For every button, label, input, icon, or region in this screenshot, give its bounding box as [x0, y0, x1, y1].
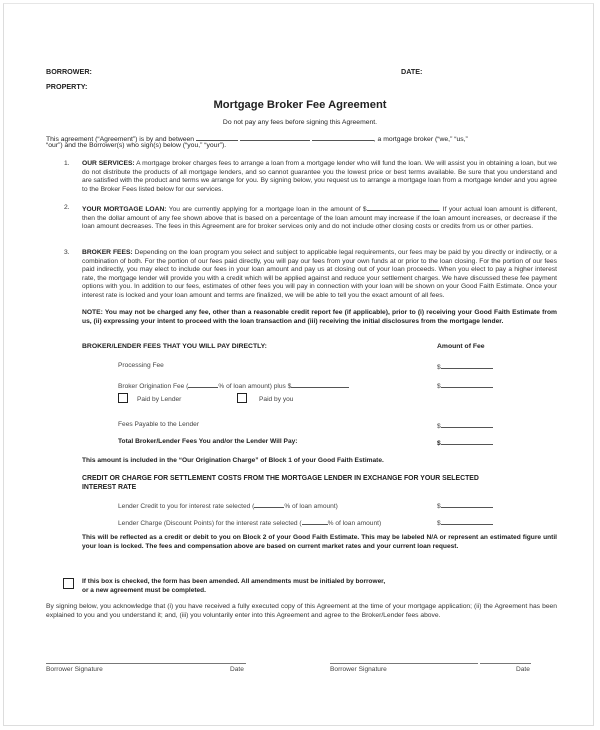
borrower-label: BORROWER: [46, 67, 92, 76]
origination-fee-amount: $ [437, 381, 493, 390]
date-label: DATE: [401, 67, 422, 76]
origination-plus-blank[interactable] [291, 381, 349, 388]
date-line[interactable] [182, 663, 246, 664]
processing-fee-label: Processing Fee [118, 362, 164, 369]
broker-name-blank[interactable] [240, 134, 310, 141]
lender-charge-label: Lender Charge (Discount Points) for the … [118, 518, 381, 527]
section-broker-fees: BROKER FEES: Depending on the loan progr… [82, 249, 557, 301]
lender-credit-blank[interactable] [441, 501, 493, 508]
lender-credit-label: Lender Credit to you for interest rate s… [118, 501, 338, 510]
section-text: Depending on the loan program you select… [82, 249, 557, 299]
amendment-line-2: or a new agreement must be completed. [82, 587, 206, 594]
credit-heading-line-2: INTEREST RATE [82, 484, 136, 491]
paid-by-lender-checkbox[interactable] [118, 393, 128, 403]
loan-amount-blank[interactable] [367, 204, 439, 211]
borrower-signature-line[interactable] [330, 663, 478, 664]
intro-text: , a mortgage broker (“we,” “us,” [374, 136, 468, 143]
amendment-checkbox[interactable] [63, 578, 74, 589]
total-fees-amount: $ [437, 438, 493, 447]
section-heading: YOUR MORTGAGE LOAN: [82, 206, 167, 213]
amount-of-fee-header: Amount of Fee [437, 343, 485, 350]
date-line[interactable] [480, 663, 531, 664]
page-title: Mortgage Broker Fee Agreement [0, 99, 600, 111]
lender-charge-blank[interactable] [441, 518, 493, 525]
paid-by-lender-label: Paid by Lender [137, 396, 181, 403]
section-text: You are currently applying for a mortgag… [169, 206, 367, 213]
date-label: Date [516, 666, 530, 673]
paid-by-you-label: Paid by you [259, 396, 293, 403]
processing-fee-blank[interactable] [441, 362, 493, 369]
origination-fee-blank[interactable] [441, 381, 493, 388]
fees-payable-lender-amount: $ [437, 421, 493, 430]
total-fees-label: Total Broker/Lender Fees You and/or the … [118, 438, 297, 445]
section-text: A mortgage broker charges fees to arrang… [82, 160, 557, 193]
lender-charge-text: Lender Charge (Discount Points) for the … [118, 520, 302, 527]
origination-text: Broker Origination Fee ( [118, 383, 188, 390]
lender-charge-amount: $ [437, 518, 493, 527]
broker-name-blank[interactable] [196, 134, 238, 141]
included-note: This amount is included in the “Our Orig… [82, 457, 384, 464]
fees-payable-lender-label: Fees Payable to the Lender [118, 421, 199, 428]
section-your-mortgage-loan: YOUR MORTGAGE LOAN: You are currently ap… [82, 204, 557, 232]
section-number: 2. [64, 204, 70, 211]
section-number: 1. [64, 160, 70, 167]
intro-line-2: “our”) and the Borrower(s) who sign(s) b… [46, 142, 226, 149]
fees-heading: BROKER/LENDER FEES THAT YOU WILL PAY DIR… [82, 343, 267, 350]
origination-fee-label: Broker Origination Fee (% of loan amount… [118, 381, 349, 390]
broker-name-blank[interactable] [312, 134, 374, 141]
page-subtitle: Do not pay any fees before signing this … [0, 119, 600, 126]
section-number: 3. [64, 249, 70, 256]
lender-charge-text: % of loan amount) [328, 520, 382, 527]
reflect-note: This will be reflected as a credit or de… [82, 534, 557, 551]
lender-credit-percent-blank[interactable] [254, 501, 284, 508]
lender-charge-percent-blank[interactable] [302, 518, 328, 525]
borrower-signature-label: Borrower Signature [46, 666, 103, 673]
fees-payable-lender-blank[interactable] [441, 421, 493, 428]
processing-fee-amount: $ [437, 362, 493, 371]
amendment-line-1: If this box is checked, the form has bee… [82, 578, 385, 585]
section-our-services: OUR SERVICES: A mortgage broker charges … [82, 160, 557, 194]
borrower-signature-label: Borrower Signature [330, 666, 387, 673]
date-label: Date [230, 666, 244, 673]
lender-credit-text: % of loan amount) [284, 503, 338, 510]
origination-percent-blank[interactable] [188, 381, 218, 388]
section-note: NOTE: You may not be charged any fee, ot… [82, 309, 557, 326]
credit-heading-line-1: CREDIT OR CHARGE FOR SETTLEMENT COSTS FR… [82, 475, 479, 482]
lender-credit-text: Lender Credit to you for interest rate s… [118, 503, 254, 510]
property-label: PROPERTY: [46, 82, 87, 91]
origination-text: % of loan amount) plus $ [218, 383, 291, 390]
lender-credit-amount: $ [437, 501, 493, 510]
section-heading: BROKER FEES: [82, 249, 133, 256]
paid-by-you-checkbox[interactable] [237, 393, 247, 403]
total-fees-blank[interactable] [441, 438, 493, 445]
acknowledgement-text: By signing below, you acknowledge that (… [46, 603, 557, 620]
section-heading: OUR SERVICES: [82, 160, 135, 167]
